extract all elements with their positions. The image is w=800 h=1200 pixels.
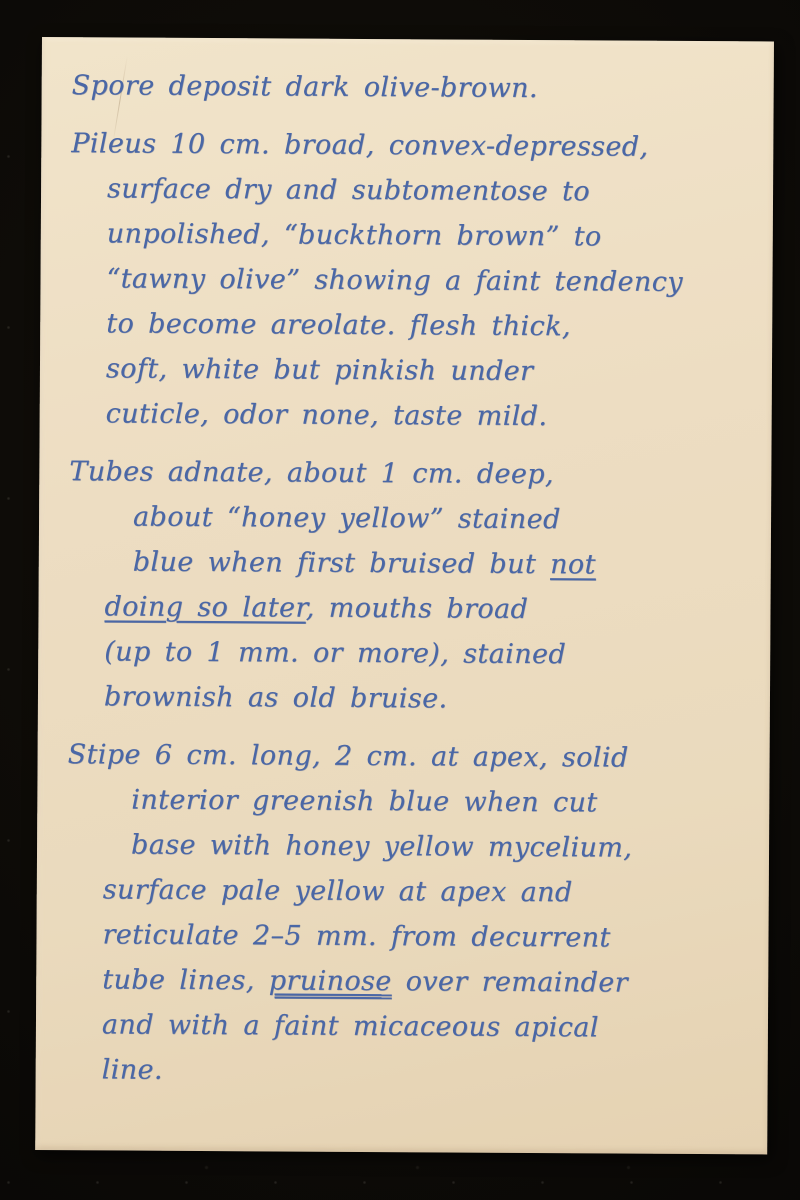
text-segment: interior greenish blue when cut — [131, 785, 597, 819]
text-segment: soft, white but pinkish under — [106, 353, 534, 387]
text-segment: line. — [102, 1054, 163, 1085]
text-segment: Stipe 6 cm. long, 2 cm. at apex, solid — [68, 739, 629, 773]
handwritten-line: base with honey yellow mycelium, — [131, 823, 751, 872]
text-segment: brownish as old bruise. — [104, 681, 448, 714]
handwritten-line: Tubes adnate, about 1 cm. deep, — [69, 449, 753, 498]
paragraph-stipe: Stipe 6 cm. long, 2 cm. at apex, solidin… — [66, 732, 752, 1096]
text-segment: unpolished, “buckthorn brown” to — [107, 218, 602, 252]
handwritten-line: surface pale yellow at apex and — [103, 867, 751, 916]
index-card: Spore deposit dark olive-brown.Pileus 10… — [35, 37, 774, 1154]
text-segment: and with a faint micaceous apical — [102, 1009, 599, 1043]
handwritten-line: about “honey yellow” stained — [133, 495, 753, 544]
text-segment: over remainder — [392, 966, 629, 998]
handwritten-line: and with a faint micaceous apical — [102, 1002, 750, 1051]
text-segment: tube lines, — [102, 964, 269, 996]
text-segment: cuticle, odor none, taste mild. — [106, 398, 548, 432]
paragraph-tubes: Tubes adnate, about 1 cm. deep,about “ho… — [68, 449, 754, 723]
handwritten-line: soft, white but pinkish under — [106, 346, 754, 395]
text-segment: to become areolate. flesh thick, — [106, 308, 571, 342]
handwritten-line: Stipe 6 cm. long, 2 cm. at apex, solid — [67, 732, 751, 781]
text-segment: , mouths broad — [306, 593, 529, 625]
text-segment: reticulate 2–5 mm. from decurrent — [102, 919, 610, 953]
handwritten-line: cuticle, odor none, taste mild. — [106, 391, 754, 440]
handwritten-line: unpolished, “buckthorn brown” to — [107, 211, 755, 260]
text-segment: Pileus 10 cm. broad, convex-depressed, — [71, 128, 648, 163]
paragraph-spore-deposit: Spore deposit dark olive-brown. — [72, 63, 756, 112]
handwritten-line: blue when first bruised but not — [133, 540, 753, 589]
text-segment: “tawny olive” showing a faint tendency — [106, 263, 683, 298]
handwritten-line: to become areolate. flesh thick, — [106, 301, 754, 350]
text-segment: (up to 1 mm. or more), stained — [104, 636, 566, 670]
text-segment: blue when first bruised but — [133, 547, 551, 581]
handwritten-line: surface dry and subtomentose to — [107, 166, 755, 215]
underlined-text-segment: not — [550, 549, 596, 580]
paragraph-pileus: Pileus 10 cm. broad, convex-depressed,su… — [70, 121, 756, 440]
handwritten-line: “tawny olive” showing a faint tendency — [106, 256, 754, 305]
text-segment: surface pale yellow at apex and — [103, 874, 573, 908]
text-segment: Spore deposit dark olive-brown. — [72, 70, 538, 104]
text-segment: Tubes adnate, about 1 cm. deep, — [69, 456, 554, 490]
underlined-text-segment: doing so later — [104, 591, 305, 623]
handwritten-line: brownish as old bruise. — [104, 674, 752, 723]
text-segment: base with honey yellow mycelium, — [131, 830, 632, 864]
text-segment: about “honey yellow” stained — [133, 502, 561, 536]
handwritten-line: Pileus 10 cm. broad, convex-depressed, — [71, 121, 755, 170]
handwritten-line: reticulate 2–5 mm. from decurrent — [102, 912, 750, 961]
handwritten-line: (up to 1 mm. or more), stained — [104, 629, 752, 678]
handwritten-line: line. — [102, 1047, 750, 1096]
note-text: Spore deposit dark olive-brown.Pileus 10… — [65, 63, 755, 1109]
handwritten-line: doing so later, mouths broad — [104, 584, 752, 633]
handwritten-line: interior greenish blue when cut — [131, 778, 751, 827]
photo-background: Spore deposit dark olive-brown.Pileus 10… — [0, 0, 800, 1200]
handwritten-line: Spore deposit dark olive-brown. — [72, 63, 756, 112]
underlined-text-segment: pruinose — [269, 965, 392, 997]
handwritten-line: tube lines, pruinose over remainder — [102, 957, 750, 1006]
text-segment: surface dry and subtomentose to — [107, 173, 590, 207]
